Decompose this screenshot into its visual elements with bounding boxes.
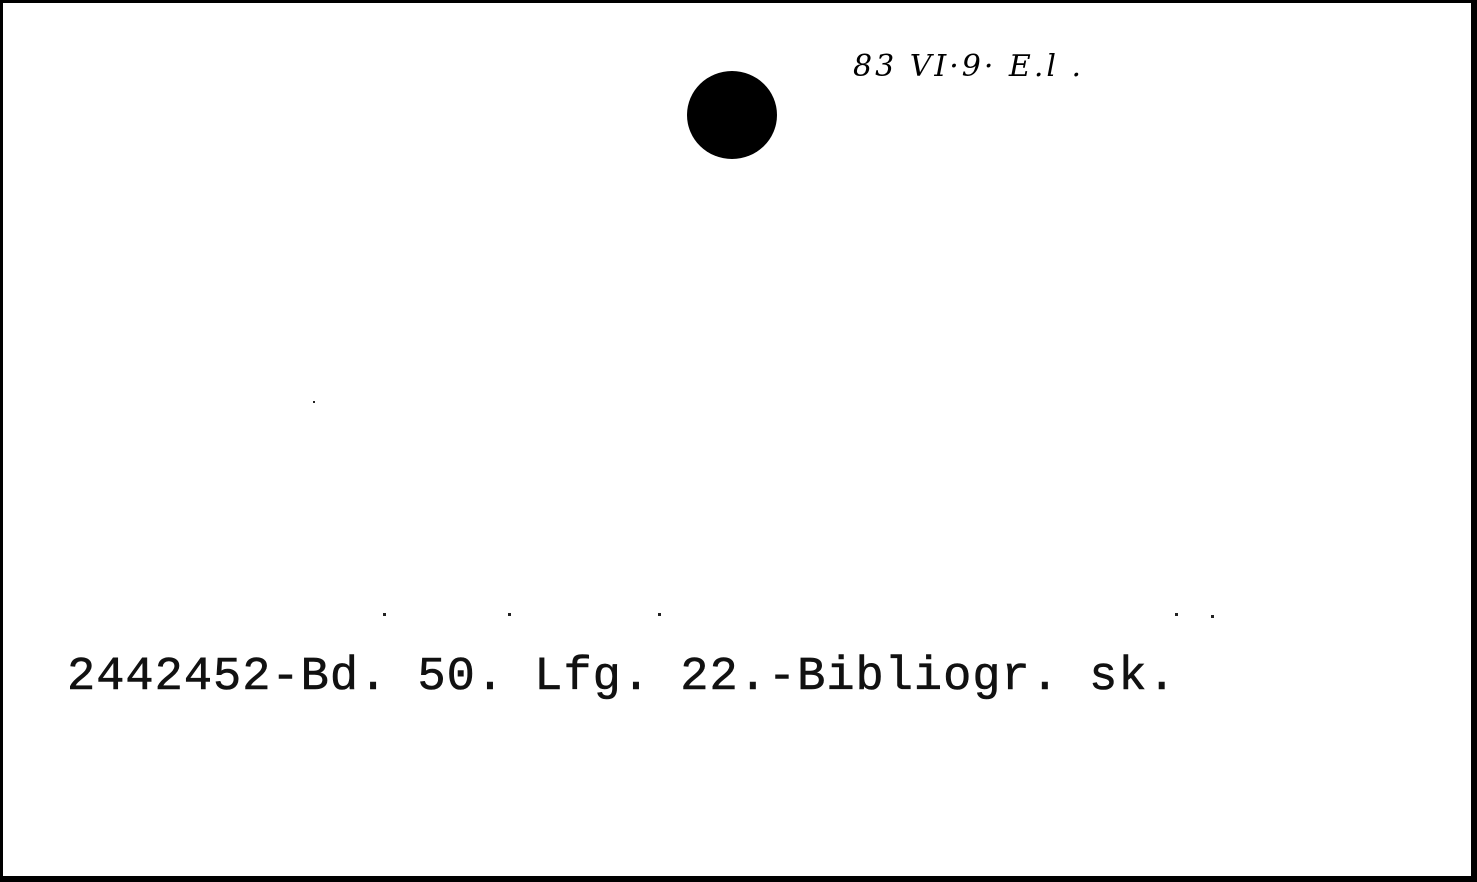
speck [658, 613, 661, 616]
speck [508, 613, 511, 616]
speck [1211, 615, 1214, 618]
punch-hole [687, 71, 777, 159]
handwritten-shelfmark: 83 VI·9· E.l . [853, 49, 1084, 84]
catalog-card: 83 VI·9· E.l . 2442452-Bd. 50. Lfg. 22.-… [3, 3, 1471, 876]
typed-catalog-entry: 2442452-Bd. 50. Lfg. 22.-Bibliogr. sk. [67, 651, 1177, 704]
speck [383, 613, 386, 616]
speck [1175, 613, 1178, 616]
speck [313, 401, 315, 403]
